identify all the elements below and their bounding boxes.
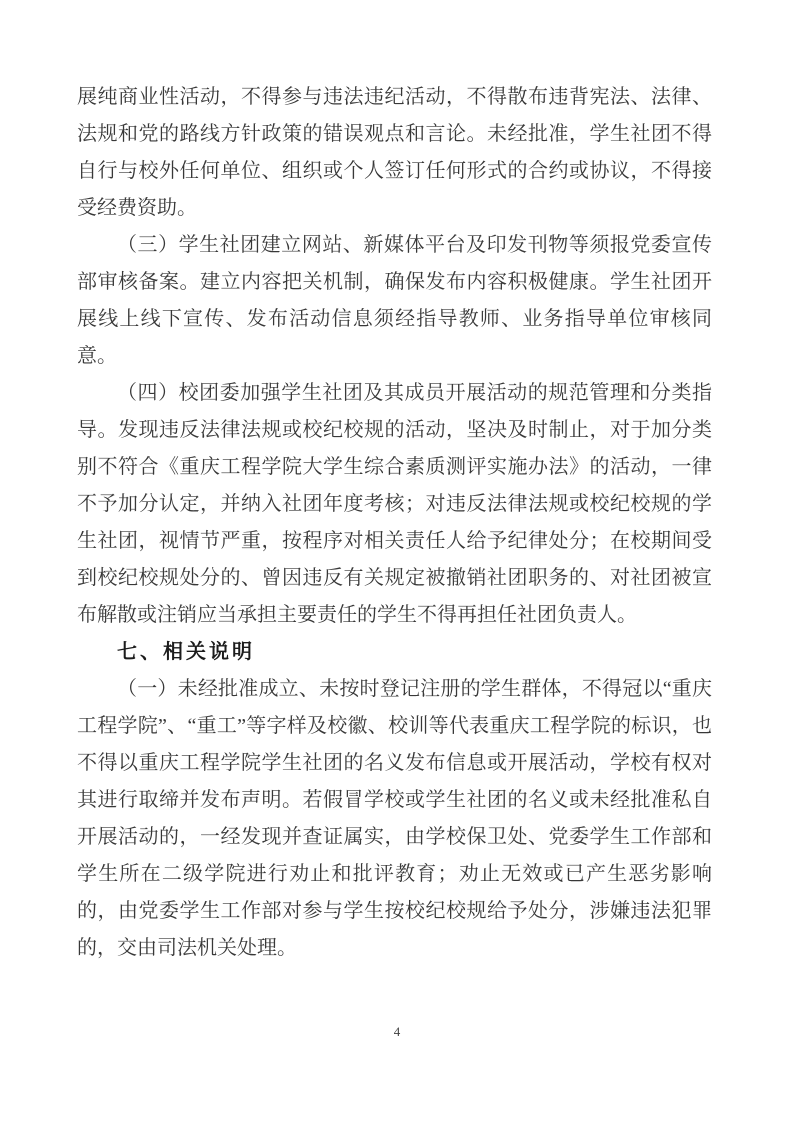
body-paragraph-item-three: （三）学生社团建立网站、新媒体平台及印发刊物等须报党委宣传部审核备案。建立内容把…	[77, 227, 712, 375]
page-number: 4	[0, 1024, 794, 1040]
document-body: 展纯商业性活动，不得参与违法违纪活动，不得散布违背宪法、法律、法规和党的路线方针…	[0, 0, 794, 1122]
body-paragraph-item-one: （一）未经批准成立、未按时登记注册的学生群体，不得冠以“重庆工程学院”、“重工”…	[77, 671, 712, 967]
section-heading: 七、相关说明	[77, 634, 712, 671]
document-page: 展纯商业性活动，不得参与违法违纪活动，不得散布违背宪法、法律、法规和党的路线方针…	[0, 0, 794, 1122]
body-paragraph-continued: 展纯商业性活动，不得参与违法违纪活动，不得散布违背宪法、法律、法规和党的路线方针…	[77, 79, 712, 227]
body-paragraph-item-four: （四）校团委加强学生社团及其成员开展活动的规范管理和分类指导。发现违反法律法规或…	[77, 375, 712, 634]
